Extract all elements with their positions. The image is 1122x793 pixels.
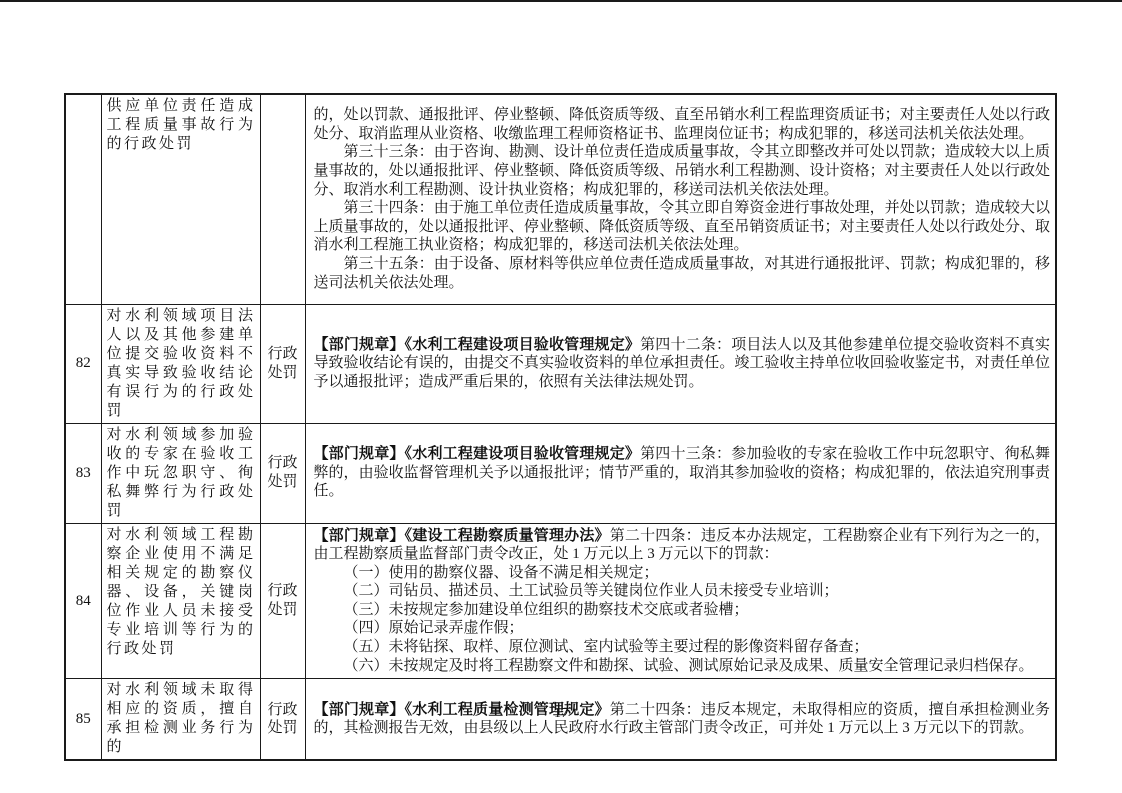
row-legal-basis-cell: 【部门规章】《水利工程建设项目验收管理规定》第四十三条：参加验收的专家在验收工作… (305, 423, 1056, 523)
regulation-source-label: 【部门规章】《水利工程建设项目验收管理规定》 (314, 337, 641, 353)
page-number: 17 (0, 706, 1122, 722)
basis-paragraph: 【部门规章】《水利工程建设项目验收管理规定》第四十三条：参加验收的专家在验收工作… (314, 445, 1051, 501)
row-penalty-type-cell (260, 94, 305, 304)
document-page: 供应单位责任造成工程质量事故行为的行政处罚 的，处以罚款、通报批评、停业整顿、降… (0, 0, 1122, 793)
table-row: 83 对水利领域参加验收的专家在验收工作中玩忽职守、徇私舞弊行为行政处罚 行政处… (65, 423, 1056, 523)
table-row: 84 对水利领域工程勘察企业使用不满足相关规定的勘察仪器、设备，关键岗位作业人员… (65, 523, 1056, 679)
row-item-cell: 对水利领域参加验收的专家在验收工作中玩忽职守、徇私舞弊行为行政处罚 (101, 423, 260, 523)
basis-paragraph: （六）未按规定及时将工程勘察文件和勘探、试验、测试原始记录及成果、质量安全管理记… (314, 657, 1051, 676)
row-item-cell: 对水利领域项目法人以及其他参建单位提交验收资料不真实导致验收结论有误行为的行政处… (101, 304, 260, 423)
row-penalty-type-cell: 行政处罚 (260, 523, 305, 679)
page-top-edge (0, 0, 1122, 2)
basis-paragraph: （五）未将钻探、取样、原位测试、室内试验等主要过程的影像资料留存备查； (314, 638, 1051, 657)
basis-paragraph: （三）未按规定参加建设单位组织的勘察技术交底或者验槽； (314, 601, 1051, 620)
row-item-cell: 供应单位责任造成工程质量事故行为的行政处罚 (101, 94, 260, 304)
basis-paragraph: （二）司钻员、描述员、土工试验员等关键岗位作业人员未接受专业培训； (314, 582, 1051, 601)
basis-paragraph: 的，处以罚款、通报批评、停业整顿、降低资质等级、直至吊销水利工程监理资质证书；对… (314, 106, 1051, 143)
basis-paragraph: 第三十三条：由于咨询、勘测、设计单位责任造成质量事故，令其立即整改并可处以罚款；… (314, 143, 1051, 199)
basis-paragraph: 第三十四条：由于施工单位责任造成质量事故，令其立即自筹资金进行事故处理，并处以罚… (314, 199, 1051, 255)
row-number-cell (65, 94, 101, 304)
row-legal-basis-cell: 【部门规章】《建设工程勘察质量管理办法》第二十四条：违反本办法规定，工程勘察企业… (305, 523, 1056, 679)
row-legal-basis-cell: 【部门规章】《水利工程建设项目验收管理规定》第四十二条：项目法人以及其他参建单位… (305, 304, 1056, 423)
basis-paragraph: （一）使用的勘察仪器、设备不满足相关规定； (314, 564, 1051, 583)
basis-paragraph: 【部门规章】《水利工程建设项目验收管理规定》第四十二条：项目法人以及其他参建单位… (314, 336, 1051, 392)
row-number-cell: 83 (65, 423, 101, 523)
row-number-cell: 82 (65, 304, 101, 423)
row-number-cell: 84 (65, 523, 101, 679)
row-penalty-type-cell: 行政处罚 (260, 423, 305, 523)
table-body: 供应单位责任造成工程质量事故行为的行政处罚 的，处以罚款、通报批评、停业整顿、降… (65, 94, 1056, 760)
table-row: 供应单位责任造成工程质量事故行为的行政处罚 的，处以罚款、通报批评、停业整顿、降… (65, 94, 1056, 304)
regulation-source-label: 【部门规章】《建设工程勘察质量管理办法》 (314, 528, 610, 544)
basis-paragraph: 第三十五条：由于设备、原材料等供应单位责任造成质量事故，对其进行通报批评、罚款；… (314, 255, 1051, 292)
row-legal-basis-cell: 的，处以罚款、通报批评、停业整顿、降低资质等级、直至吊销水利工程监理资质证书；对… (305, 94, 1056, 304)
row-item-cell: 对水利领域工程勘察企业使用不满足相关规定的勘察仪器、设备，关键岗位作业人员未接受… (101, 523, 260, 679)
regulation-source-label: 【部门规章】《水利工程建设项目验收管理规定》 (314, 446, 641, 462)
row-penalty-type-cell: 行政处罚 (260, 304, 305, 423)
basis-paragraph: 【部门规章】《建设工程勘察质量管理办法》第二十四条：违反本办法规定，工程勘察企业… (314, 527, 1051, 564)
basis-paragraph: （四）原始记录弄虚作假； (314, 619, 1051, 638)
penalty-table: 供应单位责任造成工程质量事故行为的行政处罚 的，处以罚款、通报批评、停业整顿、降… (64, 93, 1057, 761)
table-row: 82 对水利领域项目法人以及其他参建单位提交验收资料不真实导致验收结论有误行为的… (65, 304, 1056, 423)
